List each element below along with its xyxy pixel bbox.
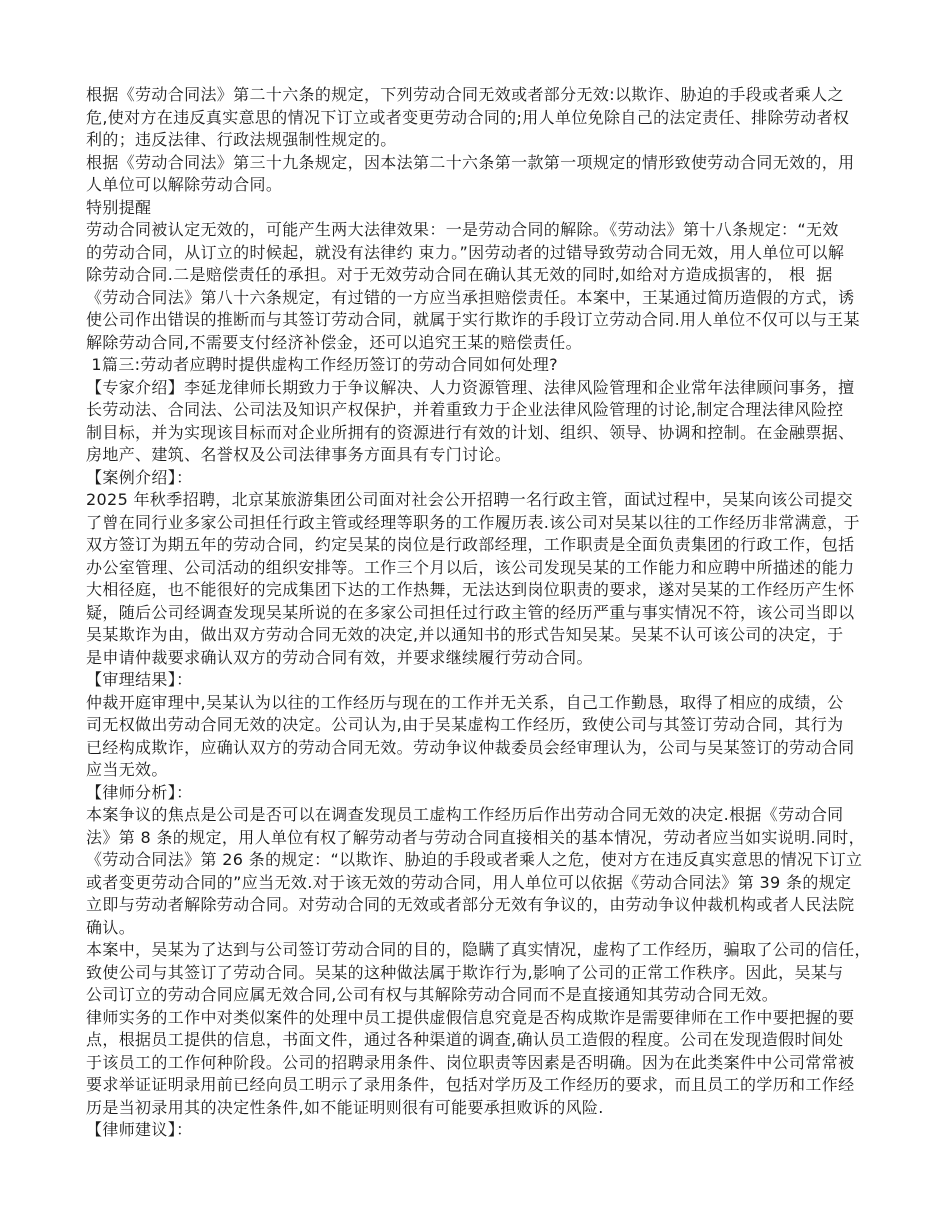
text-line: 人单位可以解除劳动合同。	[86, 174, 886, 197]
text-line: 《劳动合同法》第 26 条的规定：“以欺诈、胁迫的手段或者乘人之危，使对方在违反…	[86, 849, 886, 872]
text-line: 【律师分析】：	[86, 782, 886, 805]
text-line: 要求举证证明录用前已经向员工明示了录用条件，包括对学历及工作经历的要求，而且员工…	[86, 1074, 886, 1097]
text-line: 使公司作出错误的推断而与其签订劳动合同，就属于实行欺诈的手段订立劳动合同.用人单…	[86, 309, 886, 332]
text-line: 已经构成欺诈，应确认双方的劳动合同无效。劳动争议仲裁委员会经审理认为，公司与吴某…	[86, 737, 886, 760]
text-line: 疑，随后公司经调查发现吴某所说的在多家公司担任过行政主管的经历严重与事实情况不符…	[86, 602, 886, 625]
text-line: 司无权做出劳动合同无效的决定。公司认为,由于吴某虚构工作经历，致使公司与其签订劳…	[86, 714, 886, 737]
text-line: 大相径庭，也不能很好的完成集团下达的工作热舞，无法达到岗位职责的要求，遂对吴某的…	[86, 579, 886, 602]
text-line: 本案中，吴某为了达到与公司签订劳动合同的目的，隐瞒了真实情况，虚构了工作经历，骗…	[86, 939, 886, 962]
text-line: 除劳动合同.二是赔偿责任的承担。对于无效劳动合同在确认其无效的同时,如给对方造成…	[86, 264, 886, 287]
text-line: 根据《劳动合同法》第二十六条的规定，下列劳动合同无效或者部分无效:以欺诈、胁迫的…	[86, 84, 886, 107]
text-line: 吴某欺诈为由，做出双方劳动合同无效的决定,并以通知书的形式告知吴某。吴某不认可该…	[86, 624, 886, 647]
text-line: 《劳动合同法》第八十六条规定，有过错的一方应当承担赔偿责任。本案中，王某通过简历…	[86, 287, 886, 310]
text-line: 律师实务的工作中对类似案件的处理中员工提供虚假信息究竟是否构成欺诈是需要律师在工…	[86, 1007, 886, 1030]
text-line: 制目标，并为实现该目标而对企业所拥有的资源进行有效的计划、组织、领导、协调和控制…	[86, 422, 886, 445]
text-line: 点，根据员工提供的信息，书面文件，通过各种渠道的调查,确认员工造假的程度。公司在…	[86, 1029, 886, 1052]
text-line: 【专家介绍】李延龙律师长期致力于争议解决、人力资源管理、法律风险管理和企业常年法…	[86, 377, 886, 400]
text-line: 公司订立的劳动合同应属无效合同,公司有权与其解除劳动合同而不是直接通知其劳动合同…	[86, 984, 886, 1007]
text-line: 解除劳动合同,不需要支付经济补偿金，还可以追究王某的赔偿责任。	[86, 332, 886, 355]
text-line: 房地产、建筑、名誉权及公司法律事务方面具有专门讨论。	[86, 444, 886, 467]
text-line: 双方签订为期五年的劳动合同，约定吴某的岗位是行政部经理，工作职责是全面负责集团的…	[86, 534, 886, 557]
document-body: 根据《劳动合同法》第二十六条的规定，下列劳动合同无效或者部分无效:以欺诈、胁迫的…	[86, 84, 886, 1142]
text-line: 危,使对方在违反真实意思的情况下订立或者变更劳动合同的;用人单位免除自己的法定责…	[86, 107, 886, 130]
text-line: 根据《劳动合同法》第三十九条规定，因本法第二十六条第一款第一项规定的情形致使劳动…	[86, 152, 886, 175]
text-line: 法》第 8 条的规定，用人单位有权了解劳动者与劳动合同直接相关的基本情况，劳动者…	[86, 827, 886, 850]
text-line: 【案例介绍】：	[86, 467, 886, 490]
text-line: 仲裁开庭审理中,吴某认为以往的工作经历与现在的工作并无关系，自己工作勤恳，取得了…	[86, 692, 886, 715]
text-line: 是申请仲裁要求确认双方的劳动合同有效，并要求继续履行劳动合同。	[86, 647, 886, 670]
text-line: 历是当初录用其的决定性条件,如不能证明则很有可能要承担败诉的风险.	[86, 1097, 886, 1120]
text-line: 立即与劳动者解除劳动合同。对劳动合同的无效或者部分无效有争议的，由劳动争议仲裁机…	[86, 894, 886, 917]
text-line: 利的；违反法律、行政法规强制性规定的。	[86, 129, 886, 152]
text-line: 2025 年秋季招聘，北京某旅游集团公司面对社会公开招聘一名行政主管，面试过程中…	[86, 489, 886, 512]
text-line: 劳动合同被认定无效的，可能产生两大法律效果：一是劳动合同的解除。《劳动法》第十八…	[86, 219, 886, 242]
text-line: 于该员工的工作何种阶段。公司的招聘录用条件、岗位职责等因素是否明确。因为在此类案…	[86, 1052, 886, 1075]
text-line: 应当无效。	[86, 759, 886, 782]
text-line: 【审理结果】：	[86, 669, 886, 692]
text-line: 【律师建议】：	[86, 1119, 886, 1142]
text-line: 1篇三:劳动者应聘时提供虚构工作经历签订的劳动合同如何处理?	[86, 354, 886, 377]
text-line: 的劳动合同，从订立的时候起，就没有法律约 束力。”因劳动者的过错导致劳动合同无效…	[86, 242, 886, 265]
text-line: 办公室管理、公司活动的组织安排等。工作三个月以后，该公司发现吴某的工作能力和应聘…	[86, 557, 886, 580]
text-line: 长劳动法、合同法、公司法及知识产权保护，并着重致力于企业法律风险管理的讨论,制定…	[86, 399, 886, 422]
text-line: 确认。	[86, 917, 886, 940]
text-line: 特别提醒	[86, 197, 886, 220]
text-line: 本案争议的焦点是公司是否可以在调查发现员工虚构工作经历后作出劳动合同无效的决定.…	[86, 804, 886, 827]
text-line: 或者变更劳动合同的”应当无效.对于该无效的劳动合同，用人单位可以依据《劳动合同法…	[86, 872, 886, 895]
text-line: 了曾在同行业多家公司担任行政主管或经理等职务的工作履历表.该公司对吴某以往的工作…	[86, 512, 886, 535]
text-line: 致使公司与其签订了劳动合同。吴某的这种做法属于欺诈行为,影响了公司的正常工作秩序…	[86, 962, 886, 985]
